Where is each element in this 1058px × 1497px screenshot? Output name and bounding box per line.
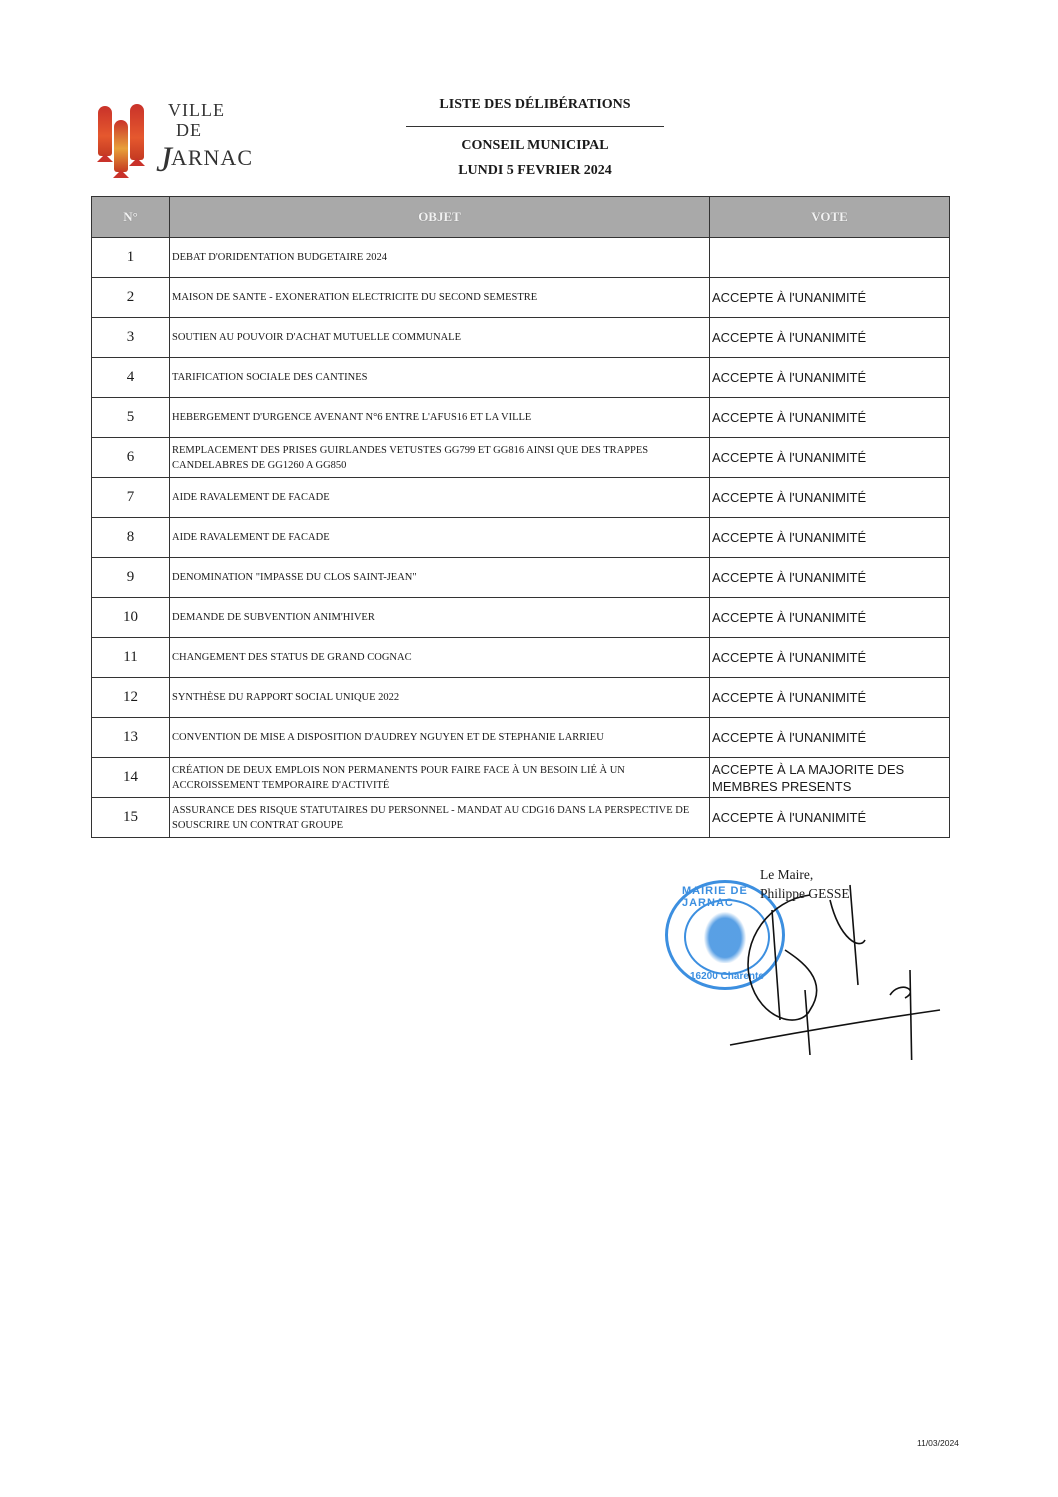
row-number: 10 bbox=[92, 598, 170, 638]
table-row: 4TARIFICATION SOCIALE DES CANTINESACCEPT… bbox=[92, 358, 950, 398]
table-row: 9DENOMINATION "IMPASSE DU CLOS SAINT-JEA… bbox=[92, 558, 950, 598]
row-objet: ASSURANCE DES RISQUE STATUTAIRES DU PERS… bbox=[170, 798, 710, 838]
row-vote: ACCEPTE À l'UNANIMITÉ bbox=[710, 398, 950, 438]
logo-line-3-rest: ARNAC bbox=[171, 145, 253, 170]
column-header-vote: VOTE bbox=[710, 197, 950, 238]
row-number: 11 bbox=[92, 638, 170, 678]
row-objet: HEBERGEMENT D'URGENCE AVENANT N°6 ENTRE … bbox=[170, 398, 710, 438]
title-divider bbox=[406, 126, 664, 127]
row-objet: CRÉATION DE DEUX EMPLOIS NON PERMANENTS … bbox=[170, 758, 710, 798]
fish-tail-icon bbox=[113, 170, 129, 178]
table-row: 3SOUTIEN AU POUVOIR D'ACHAT MUTUELLE COM… bbox=[92, 318, 950, 358]
row-number: 9 bbox=[92, 558, 170, 598]
row-objet: AIDE RAVALEMENT DE FACADE bbox=[170, 518, 710, 558]
row-number: 1 bbox=[92, 238, 170, 278]
row-vote: ACCEPTE À l'UNANIMITÉ bbox=[710, 478, 950, 518]
row-vote: ACCEPTE À l'UNANIMITÉ bbox=[710, 678, 950, 718]
row-objet: SOUTIEN AU POUVOIR D'ACHAT MUTUELLE COMM… bbox=[170, 318, 710, 358]
table-header-row: N° OBJET VOTE bbox=[92, 197, 950, 238]
column-header-number: N° bbox=[92, 197, 170, 238]
row-objet: DENOMINATION "IMPASSE DU CLOS SAINT-JEAN… bbox=[170, 558, 710, 598]
fish-tail-icon bbox=[129, 158, 145, 166]
table-row: 1DEBAT D'ORIDENTATION BUDGETAIRE 2024 bbox=[92, 238, 950, 278]
council-name: CONSEIL MUNICIPAL bbox=[400, 138, 670, 154]
row-vote: ACCEPTE À l'UNANIMITÉ bbox=[710, 518, 950, 558]
meeting-date: LUNDI 5 FEVRIER 2024 bbox=[400, 163, 670, 179]
row-number: 5 bbox=[92, 398, 170, 438]
row-vote: ACCEPTE À l'UNANIMITÉ bbox=[710, 718, 950, 758]
row-objet: REMPLACEMENT DES PRISES GUIRLANDES VETUS… bbox=[170, 438, 710, 478]
table-row: 13CONVENTION DE MISE A DISPOSITION D'AUD… bbox=[92, 718, 950, 758]
fish-icon bbox=[130, 104, 144, 160]
document-title: LISTE DES DÉLIBÉRATIONS bbox=[400, 97, 670, 113]
table-row: 10DEMANDE DE SUBVENTION ANIM'HIVERACCEPT… bbox=[92, 598, 950, 638]
row-number: 2 bbox=[92, 278, 170, 318]
ville-de-jarnac-logo: VILLE DE JARNAC bbox=[92, 98, 252, 178]
table-row: 14CRÉATION DE DEUX EMPLOIS NON PERMANENT… bbox=[92, 758, 950, 798]
row-vote: ACCEPTE À l'UNANIMITÉ bbox=[710, 358, 950, 398]
row-vote: ACCEPTE À l'UNANIMITÉ bbox=[710, 638, 950, 678]
row-number: 7 bbox=[92, 478, 170, 518]
row-vote: ACCEPTE À l'UNANIMITÉ bbox=[710, 438, 950, 478]
table-row: 11CHANGEMENT DES STATUS DE GRAND COGNACA… bbox=[92, 638, 950, 678]
row-objet: SYNTHÈSE DU RAPPORT SOCIAL UNIQUE 2022 bbox=[170, 678, 710, 718]
column-header-objet: OBJET bbox=[170, 197, 710, 238]
print-date: 11/03/2024 bbox=[917, 1438, 959, 1448]
fish-icon bbox=[114, 120, 128, 172]
row-objet: MAISON DE SANTE - EXONERATION ELECTRICIT… bbox=[170, 278, 710, 318]
row-number: 3 bbox=[92, 318, 170, 358]
row-vote: ACCEPTE À LA MAJORITE DES MEMBRES PRESEN… bbox=[710, 758, 950, 798]
row-objet: TARIFICATION SOCIALE DES CANTINES bbox=[170, 358, 710, 398]
table-row: 2MAISON DE SANTE - EXONERATION ELECTRICI… bbox=[92, 278, 950, 318]
row-number: 4 bbox=[92, 358, 170, 398]
row-vote: ACCEPTE À l'UNANIMITÉ bbox=[710, 798, 950, 838]
logo-line-1: VILLE bbox=[168, 100, 225, 121]
table-row: 8AIDE RAVALEMENT DE FACADEACCEPTE À l'UN… bbox=[92, 518, 950, 558]
row-vote: ACCEPTE À l'UNANIMITÉ bbox=[710, 598, 950, 638]
row-objet: CHANGEMENT DES STATUS DE GRAND COGNAC bbox=[170, 638, 710, 678]
row-number: 12 bbox=[92, 678, 170, 718]
row-vote: ACCEPTE À l'UNANIMITÉ bbox=[710, 558, 950, 598]
row-number: 6 bbox=[92, 438, 170, 478]
row-number: 15 bbox=[92, 798, 170, 838]
row-number: 13 bbox=[92, 718, 170, 758]
row-objet: AIDE RAVALEMENT DE FACADE bbox=[170, 478, 710, 518]
handwritten-signature-icon bbox=[690, 880, 950, 1060]
table-row: 15ASSURANCE DES RISQUE STATUTAIRES DU PE… bbox=[92, 798, 950, 838]
deliberations-table: N° OBJET VOTE 1DEBAT D'ORIDENTATION BUDG… bbox=[91, 196, 950, 838]
row-vote: ACCEPTE À l'UNANIMITÉ bbox=[710, 318, 950, 358]
table-row: 6REMPLACEMENT DES PRISES GUIRLANDES VETU… bbox=[92, 438, 950, 478]
row-vote bbox=[710, 238, 950, 278]
row-objet: DEBAT D'ORIDENTATION BUDGETAIRE 2024 bbox=[170, 238, 710, 278]
row-objet: CONVENTION DE MISE A DISPOSITION D'AUDRE… bbox=[170, 718, 710, 758]
row-vote: ACCEPTE À l'UNANIMITÉ bbox=[710, 278, 950, 318]
table-row: 12SYNTHÈSE DU RAPPORT SOCIAL UNIQUE 2022… bbox=[92, 678, 950, 718]
row-number: 14 bbox=[92, 758, 170, 798]
row-number: 8 bbox=[92, 518, 170, 558]
table-row: 7AIDE RAVALEMENT DE FACADEACCEPTE À l'UN… bbox=[92, 478, 950, 518]
fish-tail-icon bbox=[97, 154, 113, 162]
table-row: 5HEBERGEMENT D'URGENCE AVENANT N°6 ENTRE… bbox=[92, 398, 950, 438]
logo-line-3: JARNAC bbox=[156, 138, 253, 180]
fish-icon bbox=[98, 106, 112, 156]
row-objet: DEMANDE DE SUBVENTION ANIM'HIVER bbox=[170, 598, 710, 638]
